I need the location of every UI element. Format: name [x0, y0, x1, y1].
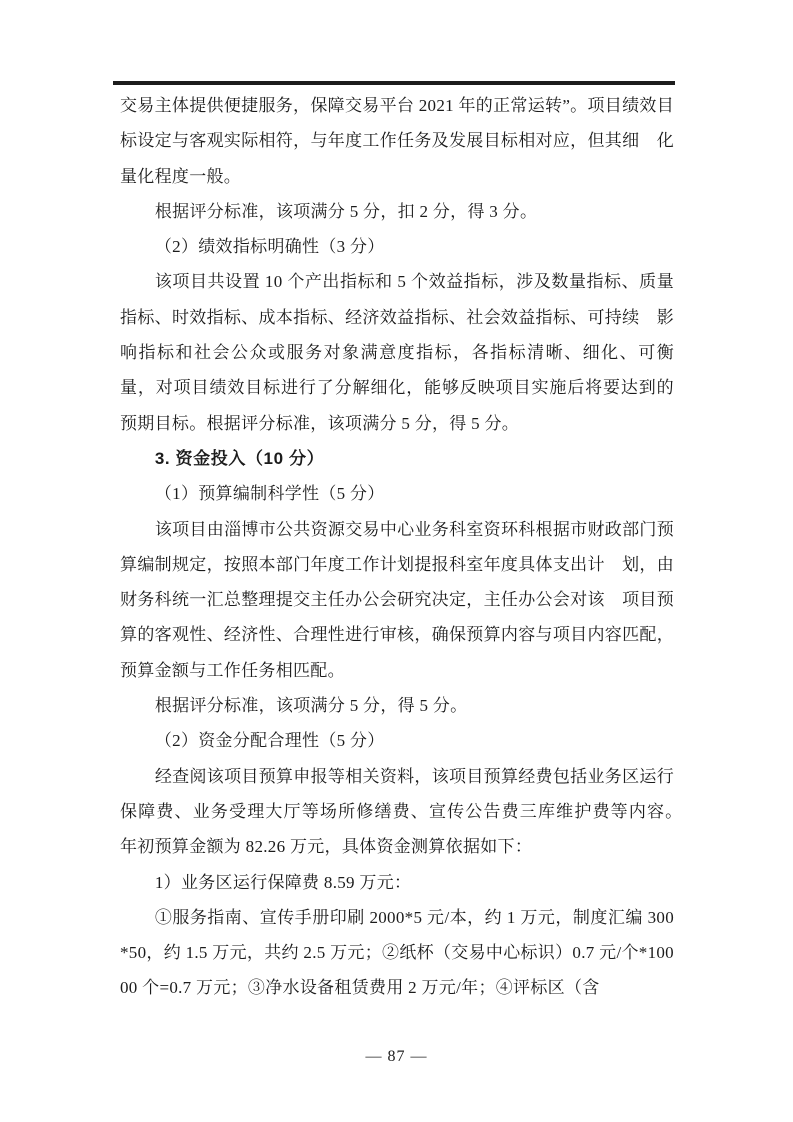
para-item-1-operation-guarantee-fee: 1）业务区运行保障费 8.59 万元： [120, 865, 674, 900]
heading-3-funding-input: 3. 资金投入（10 分） [120, 441, 674, 476]
para-subitem-2-fund-allocation: （2）资金分配合理性（5 分） [120, 723, 674, 758]
para-score-result-goal-rationality: 根据评分标准，该项满分 5 分，扣 2 分，得 3 分。 [120, 194, 674, 229]
para-performance-goal-continuation: 交易主体提供便捷服务，保障交易平台 2021 年的正常运转”。项目绩效目标设定与… [120, 88, 674, 194]
para-cost-calculation-details: ①服务指南、宣传手册印刷 2000*5 元/本，约 1 万元，制度汇编 300*… [120, 900, 674, 1006]
para-subitem-2-indicator-clarity: （2）绩效指标明确性（3 分） [120, 229, 674, 264]
page-number: — 87 — [0, 1048, 793, 1066]
para-budget-process: 该项目由淄博市公共资源交易中心业务科室资环科根据市财政部门预算编制规定，按照本部… [120, 512, 674, 688]
para-budget-contents: 经查阅该项目预算申报等相关资料，该项目预算经费包括业务区运行保障费、业务受理大厅… [120, 759, 674, 865]
document-page: 交易主体提供便捷服务，保障交易平台 2021 年的正常运转”。项目绩效目标设定与… [0, 0, 793, 1122]
header-separator-line [113, 81, 675, 85]
para-indicator-detail: 该项目共设置 10 个产出指标和 5 个效益指标，涉及数量指标、质量指标、时效指… [120, 264, 674, 440]
para-subitem-1-budget-compilation: （1）预算编制科学性（5 分） [120, 476, 674, 511]
para-score-result-budget-compilation: 根据评分标准，该项满分 5 分，得 5 分。 [120, 688, 674, 723]
document-body: 交易主体提供便捷服务，保障交易平台 2021 年的正常运转”。项目绩效目标设定与… [120, 88, 674, 1006]
